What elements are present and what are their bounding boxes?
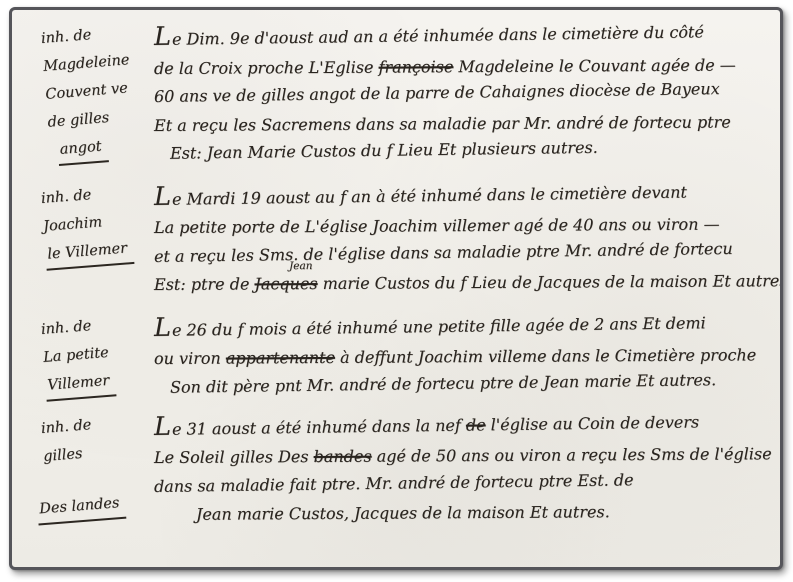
- margin-note: inh. de Magdeleine Couvent ve de gilles …: [28, 16, 165, 167]
- margin-note-name: Des landes: [36, 488, 126, 525]
- line-segment: Et a reçu les Sacremens dans sa maladie …: [154, 112, 731, 135]
- entry-line: Le 31 aoust a été inhumé dans la nef de …: [154, 407, 772, 444]
- line-segment: Son dit père pnt Mr. andré de fortecu pt…: [170, 370, 716, 397]
- entry-line: Est: ptre de JacquesJean marie Custos du…: [154, 267, 783, 299]
- entry-text: Le 31 aoust a été inhumé dans la nef de …: [154, 416, 772, 530]
- line-segment: Est: ptre de: [154, 274, 255, 294]
- struck-word: bandes: [314, 447, 372, 466]
- line-segment: à deffunt Joachim villeme dans le Cimeti…: [335, 345, 756, 367]
- entry-line: Le 26 du f mois a été inhumé une petite …: [154, 308, 762, 345]
- entry-text: Le Dim. 9e d'aoust aud an a été inhumée …: [154, 26, 762, 169]
- scanned-register-page: inh. de Magdeleine Couvent ve de gilles …: [9, 7, 783, 570]
- entry-line: Le Dim. 9e d'aoust aud an a été inhumée …: [154, 18, 762, 55]
- burial-entry-joachim-villemer: inh. de Joachim le Villemer Le Mardi 19 …: [28, 186, 762, 300]
- line-segment: marie Custos du f Lieu de Jacques de la …: [318, 271, 783, 293]
- line-segment: Magdeleine le Couvant agée de —: [453, 55, 735, 76]
- correction-above-line: Jean: [289, 261, 313, 272]
- margin-note-name: Villemer: [44, 366, 116, 401]
- line-segment: Le 31 aoust a été inhumé dans la nef: [154, 415, 466, 438]
- burial-entry-magdeleine-couvent: inh. de Magdeleine Couvent ve de gilles …: [28, 26, 762, 169]
- corrected-word: JacquesJean: [254, 270, 317, 299]
- line-segment: Jean marie Custos, Jacques de la maison …: [196, 502, 610, 524]
- line-segment: Le Mardi 19 aoust au f an à été inhumé d…: [154, 182, 687, 208]
- line-segment: La petite porte de L'église Joachim vill…: [154, 215, 720, 237]
- line-segment: Le 26 du f mois a été inhumé une petite …: [154, 313, 706, 340]
- margin-note-name: angot: [57, 132, 109, 166]
- margin-note: inh. de gilles Des landes: [28, 406, 162, 526]
- line-segment: et a reçu les Sms. de l'église dans sa m…: [154, 238, 733, 265]
- line-segment: ou viron: [154, 349, 226, 368]
- struck-word: Jacques: [254, 274, 317, 293]
- line-segment: de la Croix proche L'Eglise: [154, 57, 379, 77]
- entry-text: Le Mardi 19 aoust au f an à été inhumé d…: [154, 186, 783, 300]
- line-segment: agé de 50 ans ou viron a reçu les Sms de…: [372, 444, 772, 465]
- line-segment: 60 ans ve de gilles angot de la parre de…: [154, 79, 720, 106]
- line-segment: l'église au Coin de devers: [485, 412, 699, 434]
- margin-note: inh. de Joachim le Villemer: [28, 176, 160, 272]
- entry-line: Le Mardi 19 aoust au f an à été inhumé d…: [154, 177, 783, 214]
- burial-entry-petite-villemer: inh. de La petite Villemer Le 26 du f mo…: [28, 317, 762, 403]
- line-segment: Le Dim. 9e d'aoust aud an a été inhumée …: [154, 22, 704, 49]
- entry-line: Jean marie Custos, Jacques de la maison …: [154, 497, 772, 529]
- struck-word: françoise: [379, 57, 454, 76]
- paper-surface: inh. de Magdeleine Couvent ve de gilles …: [12, 10, 780, 567]
- line-segment: dans sa maladie fait ptre. Mr. andré de …: [154, 470, 634, 496]
- struck-word: appartenante: [226, 348, 335, 368]
- burial-entry-gilles-deslandes: inh. de gilles Des landes Le 31 aoust a …: [28, 416, 762, 530]
- margin-note-name: le Villemer: [44, 233, 134, 270]
- struck-word: de: [466, 415, 486, 434]
- line-segment: Le Soleil gilles Des: [154, 447, 314, 467]
- line-segment: Est: Jean Marie Custos du f Lieu Et plus…: [170, 138, 598, 163]
- entry-text: Le 26 du f mois a été inhumé une petite …: [154, 317, 762, 403]
- margin-note: inh. de La petite Villemer: [28, 307, 160, 403]
